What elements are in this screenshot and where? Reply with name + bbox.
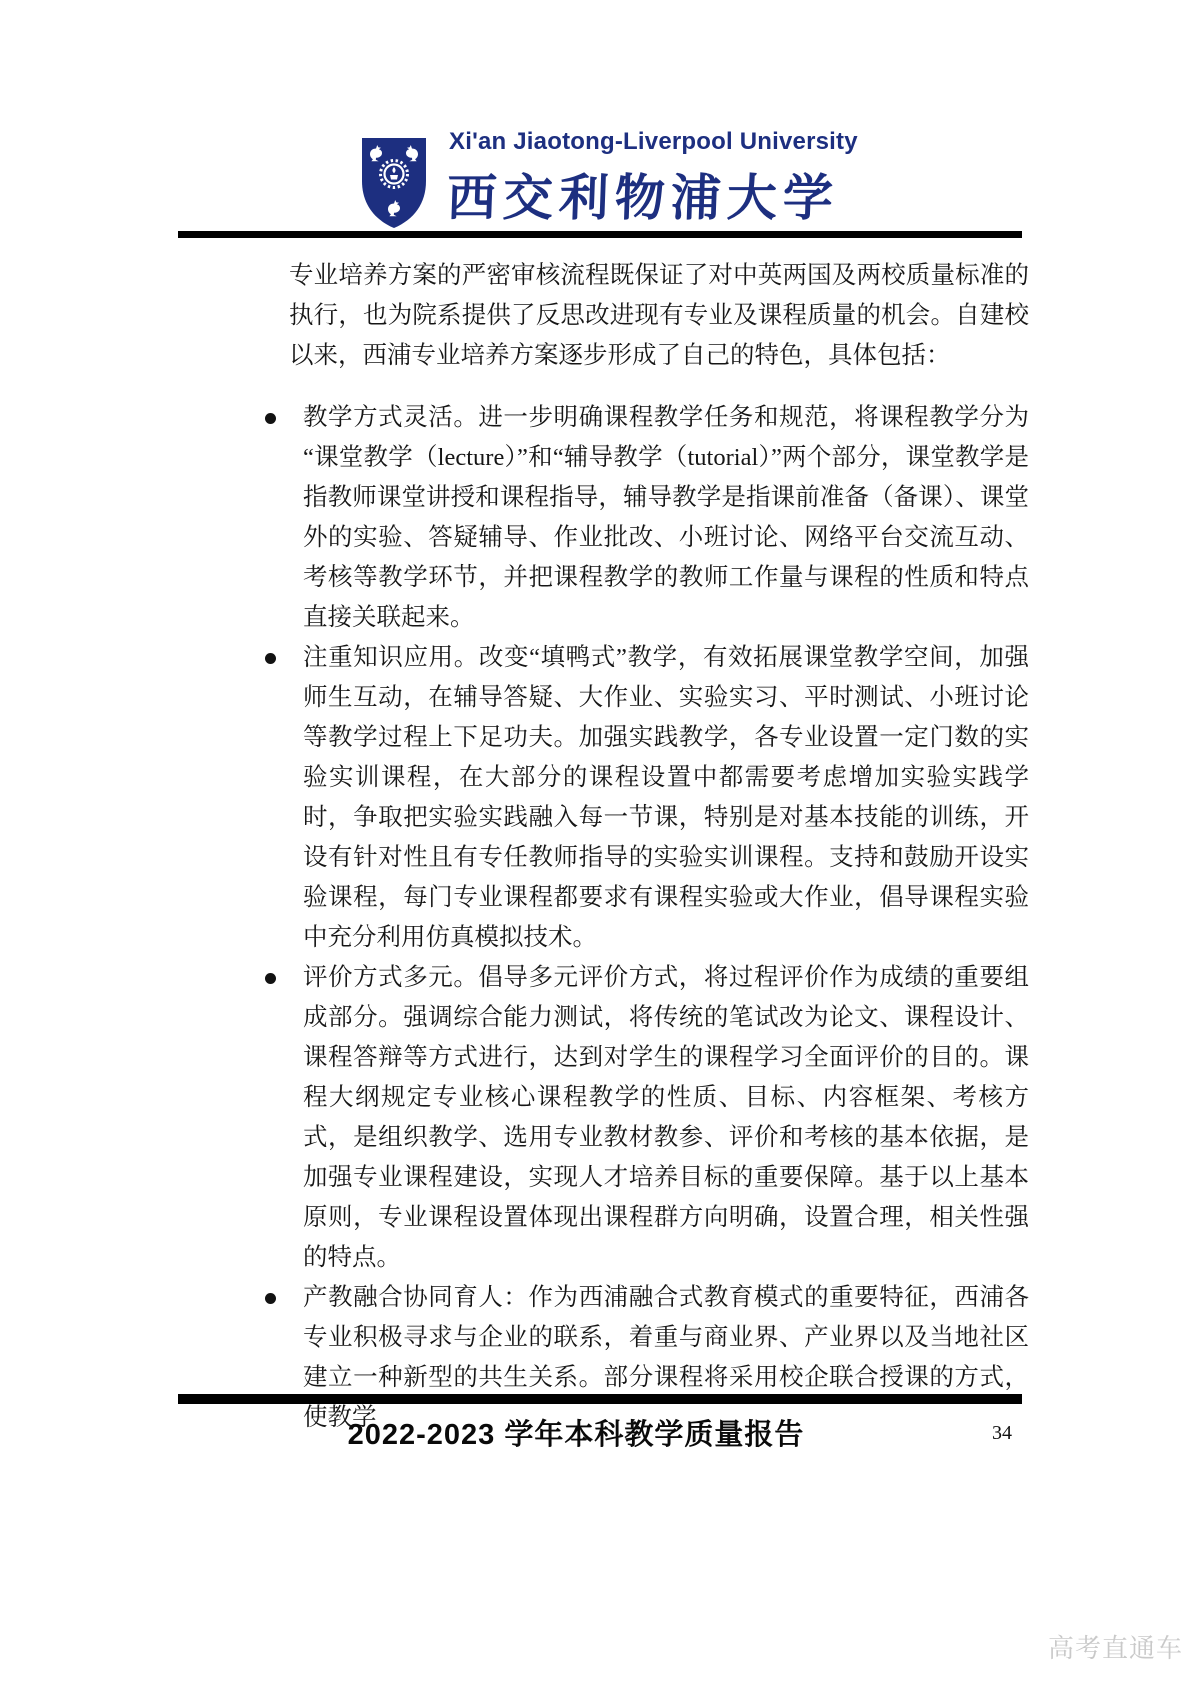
university-name-chinese: 西交利物浦大学	[446, 158, 841, 230]
watermark-text: 高考直通车	[1048, 1628, 1183, 1665]
report-title: 2022-2023 学年本科教学质量报告	[154, 1412, 998, 1453]
page-body: 专业培养方案的严密审核流程既保证了对中英两国及两校质量标准的执行，也为院系提供了…	[178, 256, 1022, 1438]
bullet-text: 教学方式灵活。进一步明确课程教学任务和规范，将课程教学分为“课堂教学（lectu…	[303, 404, 1029, 631]
bullet-item: 教学方式灵活。进一步明确课程教学任务和规范，将课程教学分为“课堂教学（lectu…	[303, 398, 1029, 638]
feature-bullet-list: 教学方式灵活。进一步明确课程教学任务和规范，将课程教学分为“课堂教学（lectu…	[303, 398, 1029, 1438]
header-divider-rule	[178, 231, 1022, 238]
bullet-text: 产教融合协同育人：作为西浦融合式教育模式的重要特征，西浦各专业积极寻求与企业的联…	[303, 1284, 1029, 1431]
bullet-item: 评价方式多元。倡导多元评价方式，将过程评价作为成绩的重要组成部分。强调综合能力测…	[303, 958, 1029, 1278]
university-name-english: Xi'an Jiaotong-Liverpool University	[449, 128, 858, 156]
bullet-marker	[265, 653, 276, 664]
bullet-item: 注重知识应用。改变“填鸭式”教学，有效拓展课堂教学空间，加强师生互动，在辅导答疑…	[303, 638, 1029, 958]
page-number: 34	[992, 1422, 1012, 1445]
bullet-marker	[265, 413, 276, 424]
intro-paragraph: 专业培养方案的严密审核流程既保证了对中英两国及两校质量标准的执行，也为院系提供了…	[289, 256, 1029, 376]
bullet-text: 评价方式多元。倡导多元评价方式，将过程评价作为成绩的重要组成部分。强调综合能力测…	[303, 964, 1029, 1271]
bullet-text: 注重知识应用。改变“填鸭式”教学，有效拓展课堂教学空间，加强师生互动，在辅导答疑…	[303, 644, 1029, 951]
bullet-marker	[265, 973, 276, 984]
bullet-marker	[265, 1293, 276, 1304]
document-page: Xi'an Jiaotong-Liverpool University 西交利物…	[0, 0, 1190, 1683]
xjtlu-shield-logo	[361, 137, 427, 229]
footer-divider-rule	[178, 1394, 1022, 1404]
